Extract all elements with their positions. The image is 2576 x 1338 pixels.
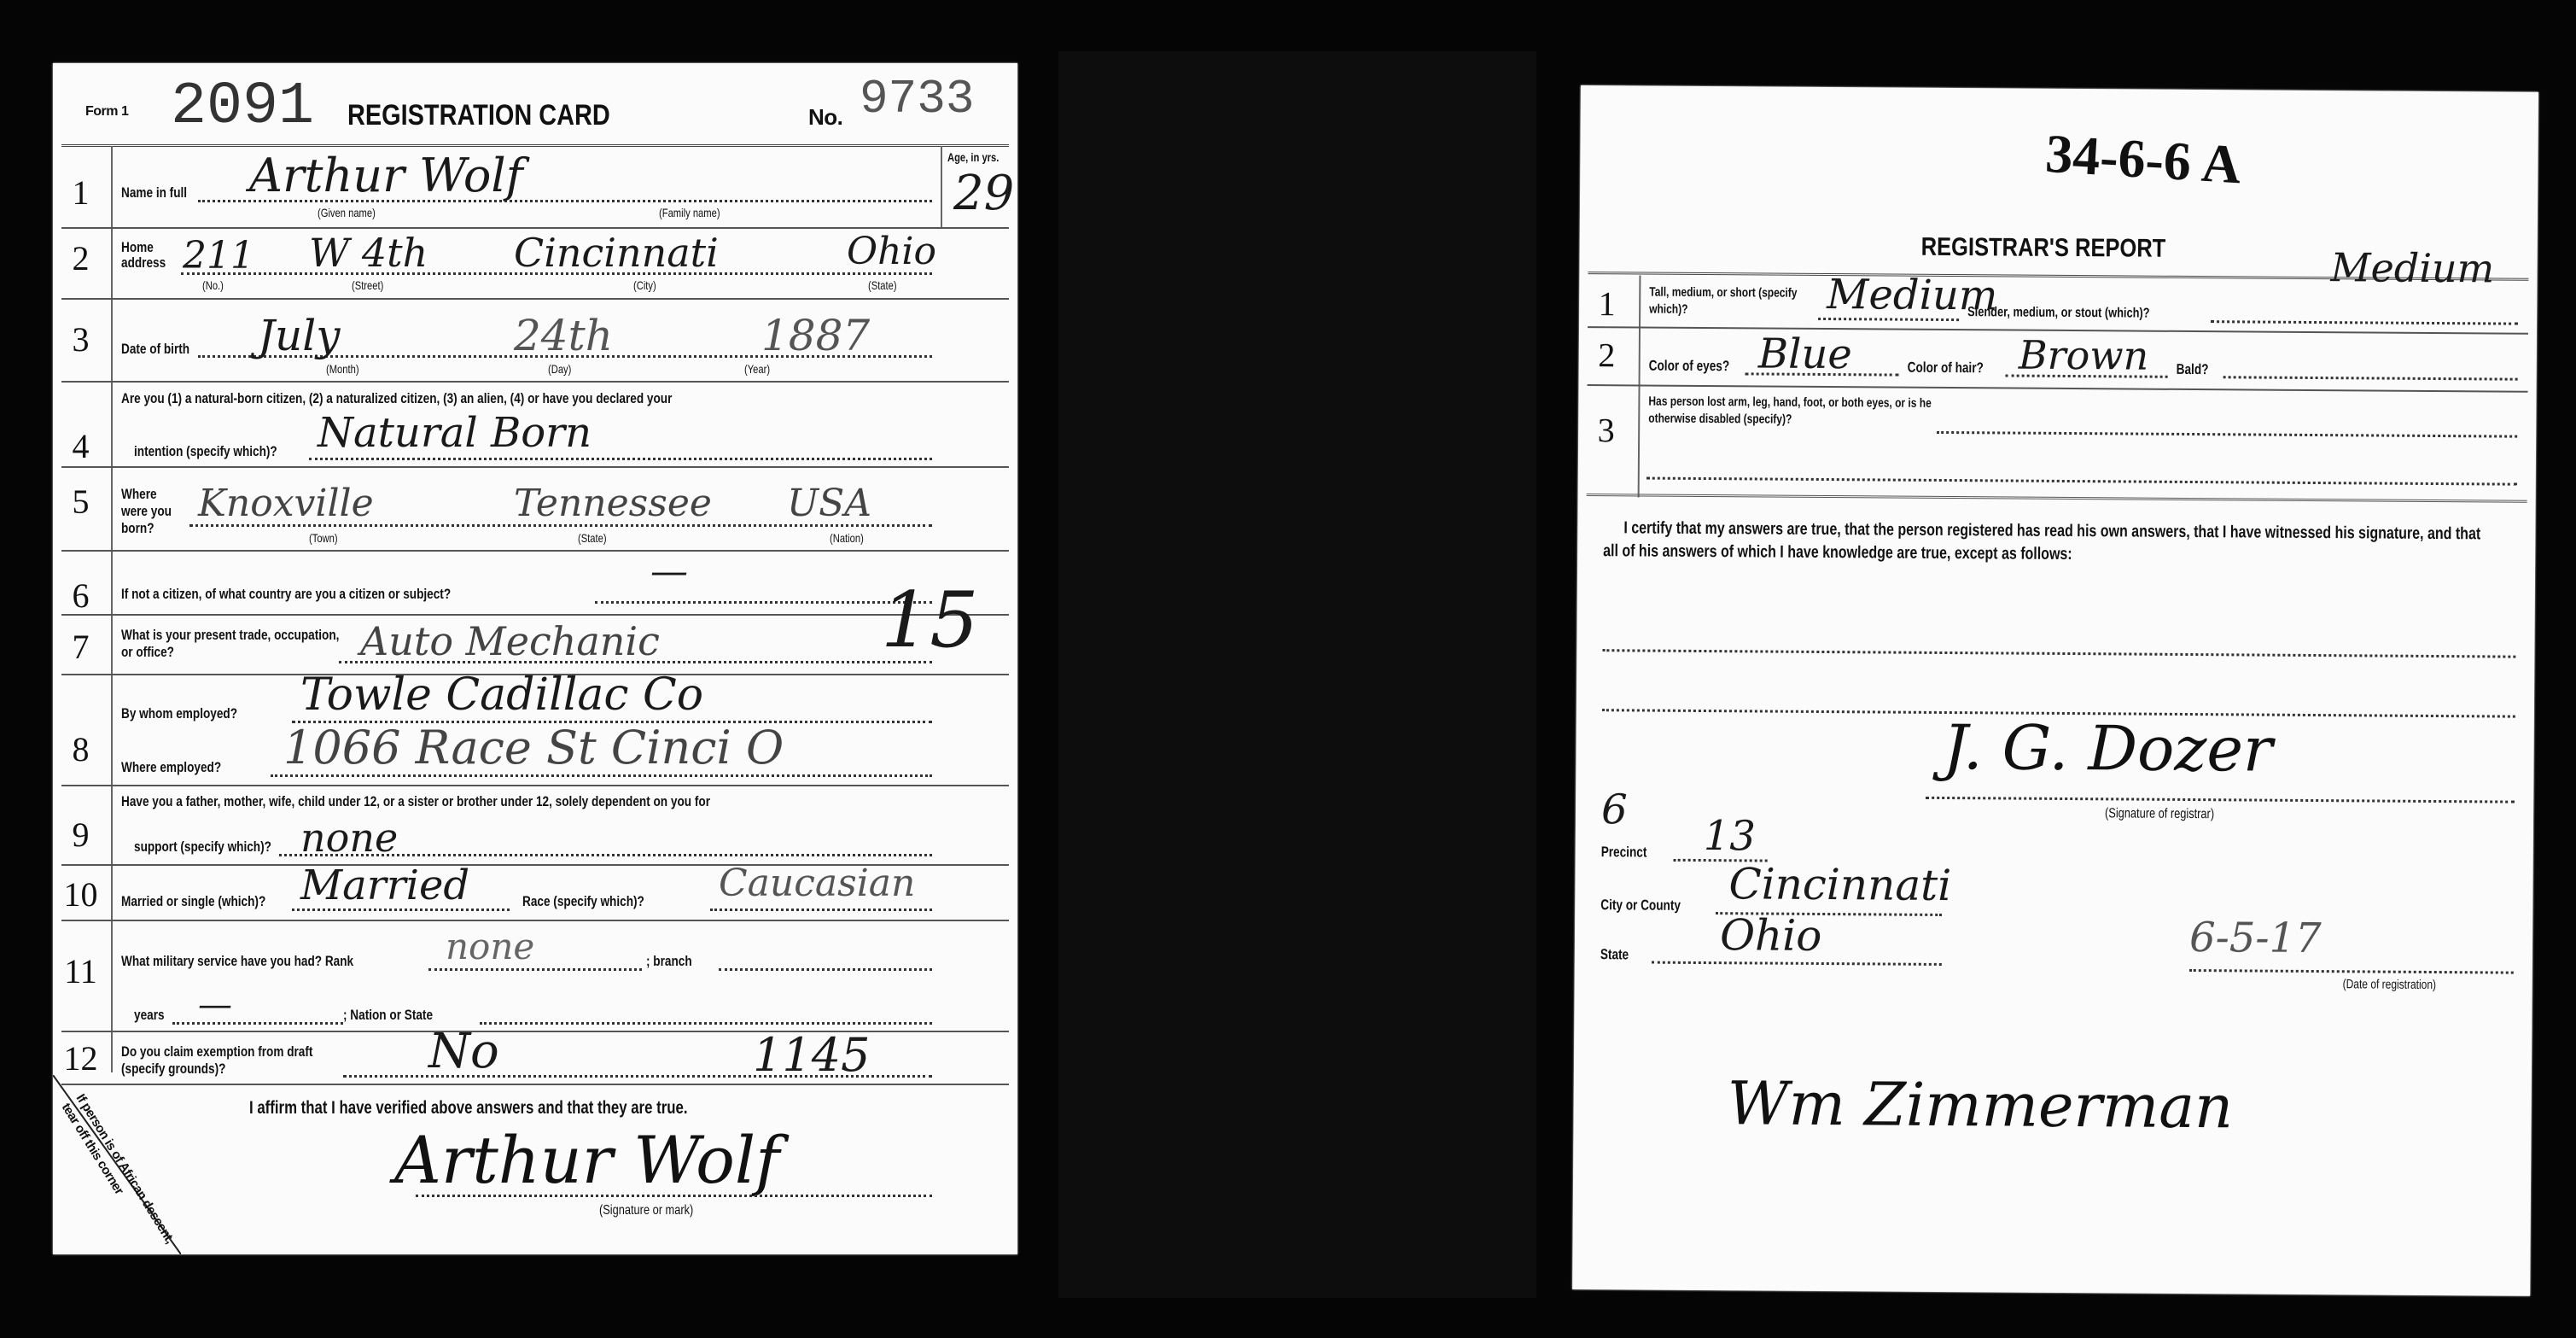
marital-value: Married	[300, 862, 469, 909]
sub-caption: (City)	[633, 278, 656, 292]
registrar-report-card: 34-6-6 A REGISTRAR'S REPORT 1 Tall, medi…	[1572, 85, 2538, 1296]
row-number: 10	[61, 874, 100, 914]
precinct-label: Precinct	[1601, 844, 1647, 861]
row-number: 8	[61, 729, 100, 769]
row-number: 3	[1587, 410, 1625, 450]
sub-caption: (State)	[578, 531, 607, 545]
occupation-label: What is your present trade, occupation, …	[121, 627, 347, 661]
hair-color-label: Color of hair?	[1908, 359, 1984, 377]
build-label: Slender, medium, or stout (which)?	[1967, 305, 2149, 321]
form-label: Form 1	[85, 104, 128, 120]
margin-note: 15	[881, 576, 979, 665]
registrar-caption: (Signature of registrar)	[2105, 806, 2214, 822]
dependents-label: Have you a father, mother, wife, child u…	[121, 793, 710, 810]
report-title: REGISTRAR'S REPORT	[1921, 233, 2166, 264]
signature-caption: (Signature or mark)	[599, 1203, 693, 1218]
citizenship-label-2: intention (specify which)?	[134, 443, 277, 460]
form-number: 2091	[171, 73, 314, 141]
certification-text: I certify that my answers are true, that…	[1603, 517, 2491, 569]
dob-day: 24th	[514, 311, 613, 360]
row-number: 9	[61, 815, 100, 855]
precinct-value: 13	[1704, 812, 1756, 860]
row-number: 3	[61, 319, 100, 359]
address-street: W 4th	[309, 230, 428, 276]
eye-color-label: Color of eyes?	[1649, 358, 1730, 376]
name-value: Arthur Wolf	[249, 149, 523, 202]
birthplace-label: Where were you born?	[121, 486, 183, 537]
row-number: 1	[1588, 283, 1626, 324]
affirmation-text: I affirm that I have verified above answ…	[249, 1098, 688, 1119]
exemption-label: Do you claim exemption from draft (speci…	[121, 1043, 326, 1078]
foreign-citizenship-label: If not a citizen, of what country are yo…	[121, 586, 451, 603]
bottom-signature: Wm Zimmerman	[1727, 1068, 2233, 1142]
age-label: Age, in yrs.	[947, 150, 999, 164]
serial-number: 34-6-6 A	[2043, 122, 2242, 196]
dob-year: 1887	[761, 311, 870, 360]
sub-caption: (Year)	[744, 362, 770, 376]
row-number: 1	[61, 172, 100, 213]
ward-number: 6	[1601, 786, 1628, 833]
name-label: Name in full	[121, 184, 187, 202]
eye-color-value: Blue	[1758, 330, 1852, 378]
foreign-citizenship-value: —	[650, 550, 688, 593]
build-value: Medium	[2330, 244, 2494, 291]
occupation-value: Auto Mechanic	[360, 618, 660, 664]
date-caption: (Date of registration)	[2343, 977, 2437, 992]
exemption-value: No	[428, 1024, 499, 1079]
city-value: Cincinnati	[1728, 859, 1951, 910]
citizenship-value: Natural Born	[318, 409, 592, 457]
birth-nation: USA	[787, 482, 871, 525]
state-label: State	[1600, 946, 1629, 963]
employer-value: Towle Cadillac Co	[300, 669, 703, 721]
age-value: 29	[953, 166, 1014, 221]
film-background	[1058, 51, 1536, 1298]
exemption-note: 1145	[753, 1028, 870, 1082]
registration-date: 6-5-17	[2189, 914, 2322, 962]
height-label: Tall, medium, or short (specify which)?	[1649, 284, 1827, 319]
applicant-signature: Arthur Wolf	[394, 1122, 779, 1198]
employer-address-label: Where employed?	[121, 759, 221, 776]
card-title: REGISTRATION CARD	[347, 99, 610, 132]
sub-caption: (Month)	[326, 362, 359, 376]
row-number: 2	[1588, 335, 1626, 375]
race-value: Caucasian	[719, 862, 915, 905]
sub-caption: (Day)	[548, 362, 571, 376]
branch-label: ; branch	[646, 953, 692, 970]
row-number: 7	[61, 627, 100, 667]
home-address-label: Home address	[121, 240, 169, 271]
row-number: 12	[61, 1038, 100, 1078]
registrar-signature: J. G. Dozer	[1943, 711, 2272, 786]
row-number: 6	[61, 576, 100, 616]
address-number: 211	[183, 234, 254, 278]
sub-caption: (No.)	[202, 278, 224, 292]
hair-color-value: Brown	[2019, 332, 2149, 379]
citizenship-label: Are you (1) a natural-born citizen, (2) …	[121, 390, 672, 407]
row-number: 5	[61, 482, 100, 522]
row-number: 2	[61, 238, 100, 278]
dependents-value: none	[300, 815, 398, 861]
dependents-label-2: support (specify which)?	[134, 838, 271, 856]
sub-caption: (Nation)	[830, 531, 864, 545]
nation-state-label: ; Nation or State	[343, 1007, 433, 1024]
sub-caption: (State)	[868, 278, 897, 292]
registration-card: Form 1 2091 REGISTRATION CARD No. 9733 1…	[53, 63, 1017, 1254]
row-number: 11	[61, 951, 100, 991]
address-state: Ohio	[847, 230, 936, 273]
race-label: Race (specify which)?	[522, 893, 644, 910]
dob-month: July	[258, 311, 340, 360]
years-value: —	[198, 985, 232, 1025]
address-city: Cincinnati	[514, 230, 719, 276]
birth-town: Knoxville	[198, 482, 374, 525]
sub-caption: (Family name)	[659, 206, 720, 219]
disability-label: Has person lost arm, leg, hand, foot, or…	[1648, 394, 1935, 429]
employer-address-value: 1066 Race St Cinci O	[283, 721, 784, 774]
sub-caption: (Street)	[352, 278, 383, 292]
bald-label: Bald?	[2177, 361, 2209, 378]
card-number-label: No.	[808, 104, 842, 131]
birth-state: Tennessee	[514, 482, 712, 525]
dob-label: Date of birth	[121, 341, 189, 358]
employer-label: By whom employed?	[121, 705, 237, 722]
state-value: Ohio	[1720, 910, 1822, 961]
years-label: years	[134, 1007, 165, 1024]
sub-caption: (Given name)	[318, 206, 376, 219]
marital-label: Married or single (which)?	[121, 893, 265, 910]
card-number: 9733	[860, 72, 974, 126]
military-rank-value: none	[446, 926, 534, 967]
sub-caption: (Town)	[309, 531, 338, 545]
city-label: City or County	[1600, 897, 1681, 914]
military-label: What military service have you had? Rank	[121, 953, 353, 970]
row-number: 4	[61, 426, 100, 466]
